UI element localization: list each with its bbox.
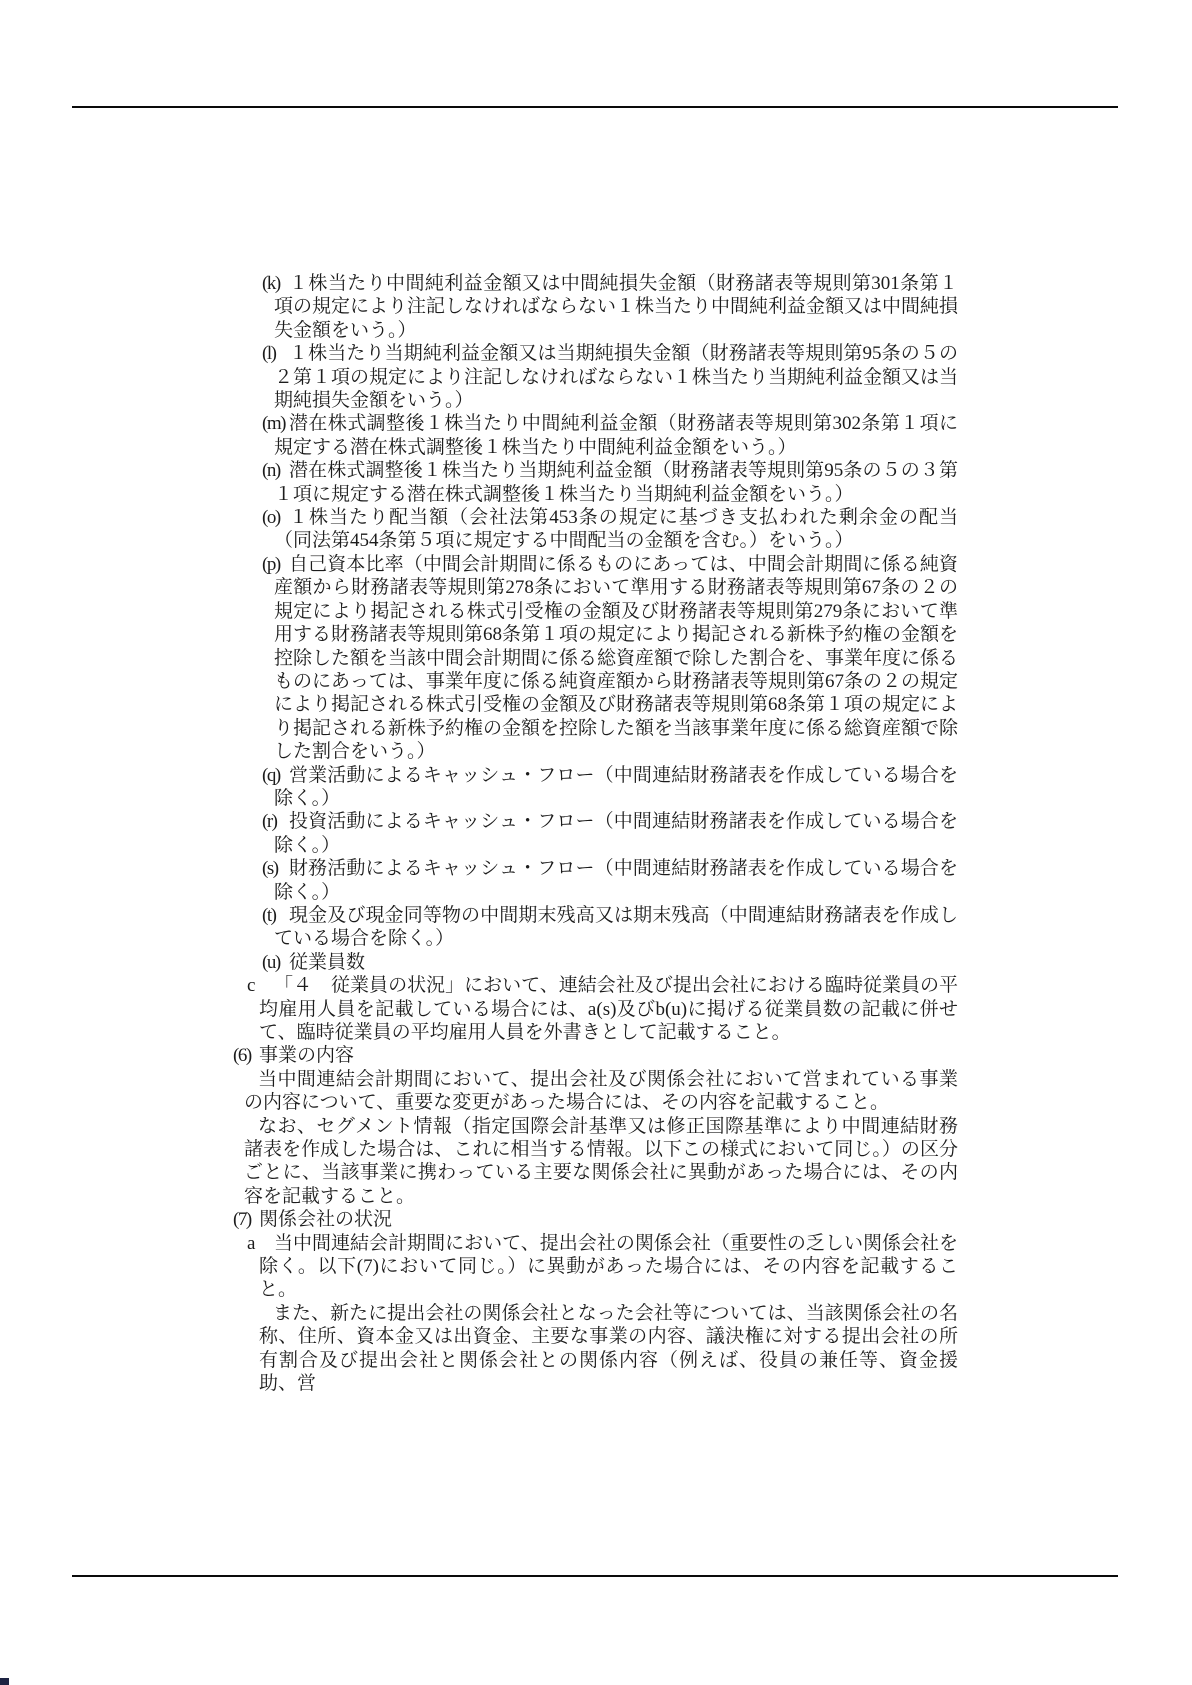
item-text: 潜在株式調整後１株当たり中間純利益金額（財務諸表等規則第302条第１項に規定する… [274,412,958,459]
item-text: １株当たり当期純利益金額又は当期純損失金額（財務諸表等規則第95条の５の２第１項… [274,342,958,412]
page-edge-mark [0,1678,9,1685]
item-text: 投資活動によるキャッシュ・フロー（中間連結財務諸表を作成している場合を除く。） [274,810,958,857]
item-paragraph: なお、セグメント情報（指定国際会計基準又は修正国際基準により中間連結財務諸表を作… [244,1115,958,1209]
item-marker: (7) [233,1208,251,1231]
bottom-rule [72,1575,1118,1577]
item-marker: (6) [233,1044,251,1067]
item-marker: (r) [262,810,276,833]
item-marker: (k) [262,272,280,295]
item-text: 従業員数 [274,951,958,974]
item-marker: (s) [262,857,278,880]
item-text: 自己資本比率（中間会計期間に係るものにあっては、中間会計期間に係る純資産額から財… [274,553,958,764]
list-item: (m) 潜在株式調整後１株当たり中間純利益金額（財務諸表等規則第302条第１項に… [274,412,958,459]
item-marker: c [247,974,254,997]
item-text: 関係会社の状況 [244,1208,958,1231]
list-item: (q) 営業活動によるキャッシュ・フロー（中間連結財務諸表を作成している場合を除… [274,764,958,811]
item-paragraph: 当中間連結会計期間において、提出会社及び関係会社において営まれている事業の内容に… [244,1068,958,1115]
item-marker: (p) [262,553,280,576]
item-text: １株当たり配当額（会社法第453条の規定に基づき支払われた剰余金の配当（同法第4… [274,506,958,553]
item-marker: (q) [262,764,280,787]
list-item: (r) 投資活動によるキャッシュ・フロー（中間連結財務諸表を作成している場合を除… [274,810,958,857]
list-item: (n) 潜在株式調整後１株当たり当期純利益金額（財務諸表等規則第95条の５の３第… [274,459,958,506]
item-text: 潜在株式調整後１株当たり当期純利益金額（財務諸表等規則第95条の５の３第１項に規… [274,459,958,506]
item-text: 事業の内容 [244,1044,958,1067]
list-item: (p) 自己資本比率（中間会計期間に係るものにあっては、中間会計期間に係る純資産… [274,553,958,764]
list-item: (k) １株当たり中間純利益金額又は中間純損失金額（財務諸表等規則第301条第１… [274,272,958,342]
list-item: (l) １株当たり当期純利益金額又は当期純損失金額（財務諸表等規則第95条の５の… [274,342,958,412]
top-rule [72,106,1118,108]
item-marker: (o) [262,506,280,529]
item-text: 当中間連結会計期間において、提出会社の関係会社（重要性の乏しい関係会社を除く。以… [259,1232,958,1302]
item-text: 現金及び現金同等物の中間期末残高又は期末残高（中間連結財務諸表を作成している場合… [274,904,958,951]
list-item: (u) 従業員数 [274,951,958,974]
item-marker: (l) [262,342,275,365]
item-marker: (t) [262,904,275,927]
list-item: (7) 関係会社の状況 [244,1208,958,1231]
item-marker: (n) [262,459,280,482]
list-item: (6) 事業の内容 当中間連結会計期間において、提出会社及び関係会社において営ま… [244,1044,958,1208]
document-body: (k) １株当たり中間純利益金額又は中間純損失金額（財務諸表等規則第301条第１… [0,272,1192,1396]
item-marker: (u) [262,951,280,974]
document-page: { "page": { "background": "#ffffff", "ru… [0,0,1192,1685]
item-marker: a [247,1232,254,1255]
list-item: c 「４ 従業員の状況」において、連結会社及び提出会社における臨時従業員の平均雇… [259,974,958,1044]
list-item: (t) 現金及び現金同等物の中間期末残高又は期末残高（中間連結財務諸表を作成して… [274,904,958,951]
item-paragraph: また、新たに提出会社の関係会社となった会社等については、当該関係会社の名称、住所… [259,1302,958,1396]
item-text: １株当たり中間純利益金額又は中間純損失金額（財務諸表等規則第301条第１項の規定… [274,272,958,342]
list-item: (s) 財務活動によるキャッシュ・フロー（中間連結財務諸表を作成している場合を除… [274,857,958,904]
item-text: 営業活動によるキャッシュ・フロー（中間連結財務諸表を作成している場合を除く。） [274,764,958,811]
list-item: a 当中間連結会計期間において、提出会社の関係会社（重要性の乏しい関係会社を除く… [259,1232,958,1396]
item-text: 財務活動によるキャッシュ・フロー（中間連結財務諸表を作成している場合を除く。） [274,857,958,904]
item-marker: (m) [262,412,285,435]
list-item: (o) １株当たり配当額（会社法第453条の規定に基づき支払われた剰余金の配当（… [274,506,958,553]
item-text: 「４ 従業員の状況」において、連結会社及び提出会社における臨時従業員の平均雇用人… [259,974,958,1044]
